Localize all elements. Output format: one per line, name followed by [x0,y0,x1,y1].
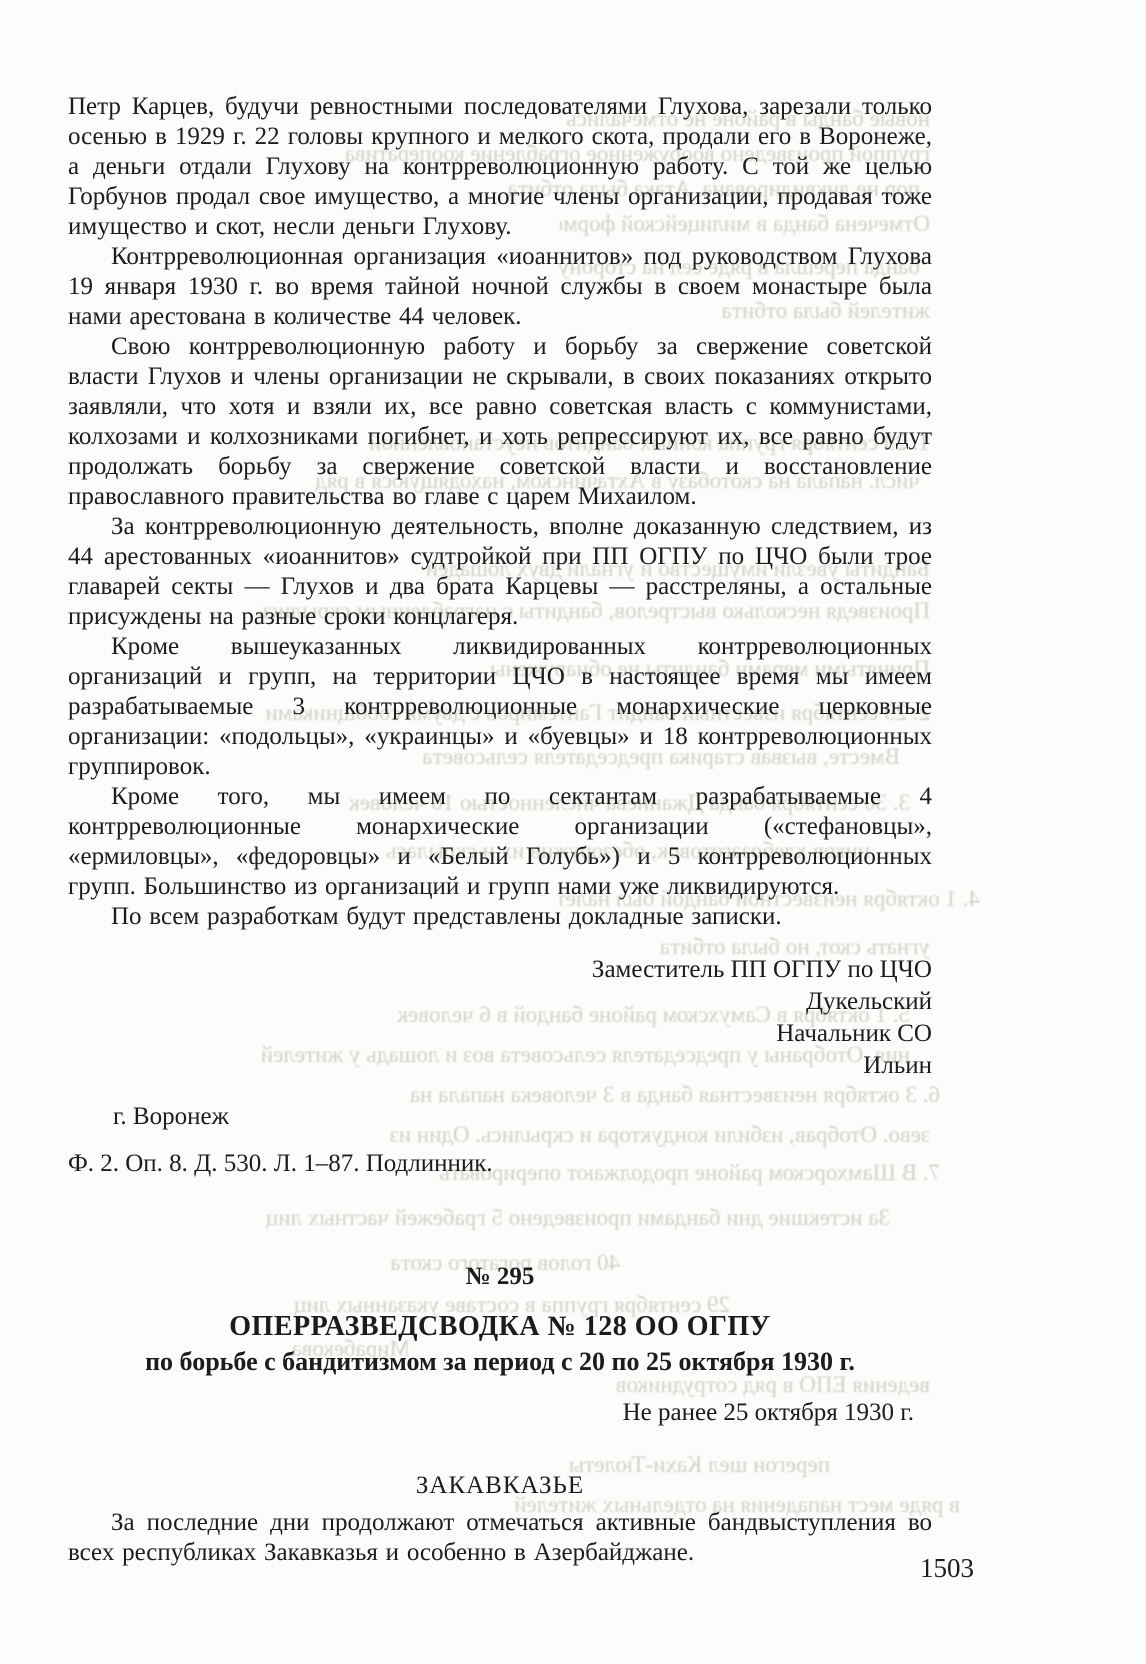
document-subtitle: по борьбе с бандитизмом за период с 20 п… [68,1346,932,1377]
body-paragraph: Кроме того, мы имеем по сектантам разраб… [68,782,932,902]
document-294-conclusion: Петр Карцев, будучи ревностными последов… [68,92,932,1179]
body-paragraph: За последние дни продолжают отмечаться а… [68,1508,932,1568]
section-heading: ЗАКАВКАЗЬЕ [68,1471,932,1501]
page-number: 1503 [920,1553,974,1583]
signature-name: Ильин [68,1050,932,1082]
signature-name: Дукельский [68,986,932,1018]
signature-role: Заместитель ПП ОГПУ по ЦЧО [68,954,932,986]
signature-role: Начальник СО [68,1018,932,1050]
document-number: № 295 [68,1262,932,1292]
document-295: № 295 ОПЕРРАЗВЕДСВОДКА № 128 ОО ОГПУ по … [68,1262,932,1568]
dateline: Не ранее 25 октября 1930 г. [68,1398,914,1428]
body-paragraph: Свою контрреволюционную работу и борьбу … [68,332,932,512]
body-paragraph: По всем разработкам будут представлены д… [68,902,932,932]
document-title: ОПЕРРАЗВЕДСВОДКА № 128 ОО ОГПУ [68,1310,932,1344]
body-paragraph: За контрреволюционную деятельность, впол… [68,512,932,632]
body-paragraph: Петр Карцев, будучи ревностными последов… [68,92,932,242]
body-paragraph: Кроме вышеуказанных ликвидированных конт… [68,632,932,782]
document-body: Петр Карцев, будучи ревностными последов… [68,92,932,1568]
place-line: г. Воронеж [68,1102,932,1132]
body-paragraph: Контрреволюционная организация «иоаннито… [68,242,932,332]
signature-block: Заместитель ПП ОГПУ по ЦЧО Дукельский На… [68,954,932,1082]
archive-reference: Ф. 2. Оп. 8. Д. 530. Л. 1–87. Подлинник. [68,1149,932,1179]
